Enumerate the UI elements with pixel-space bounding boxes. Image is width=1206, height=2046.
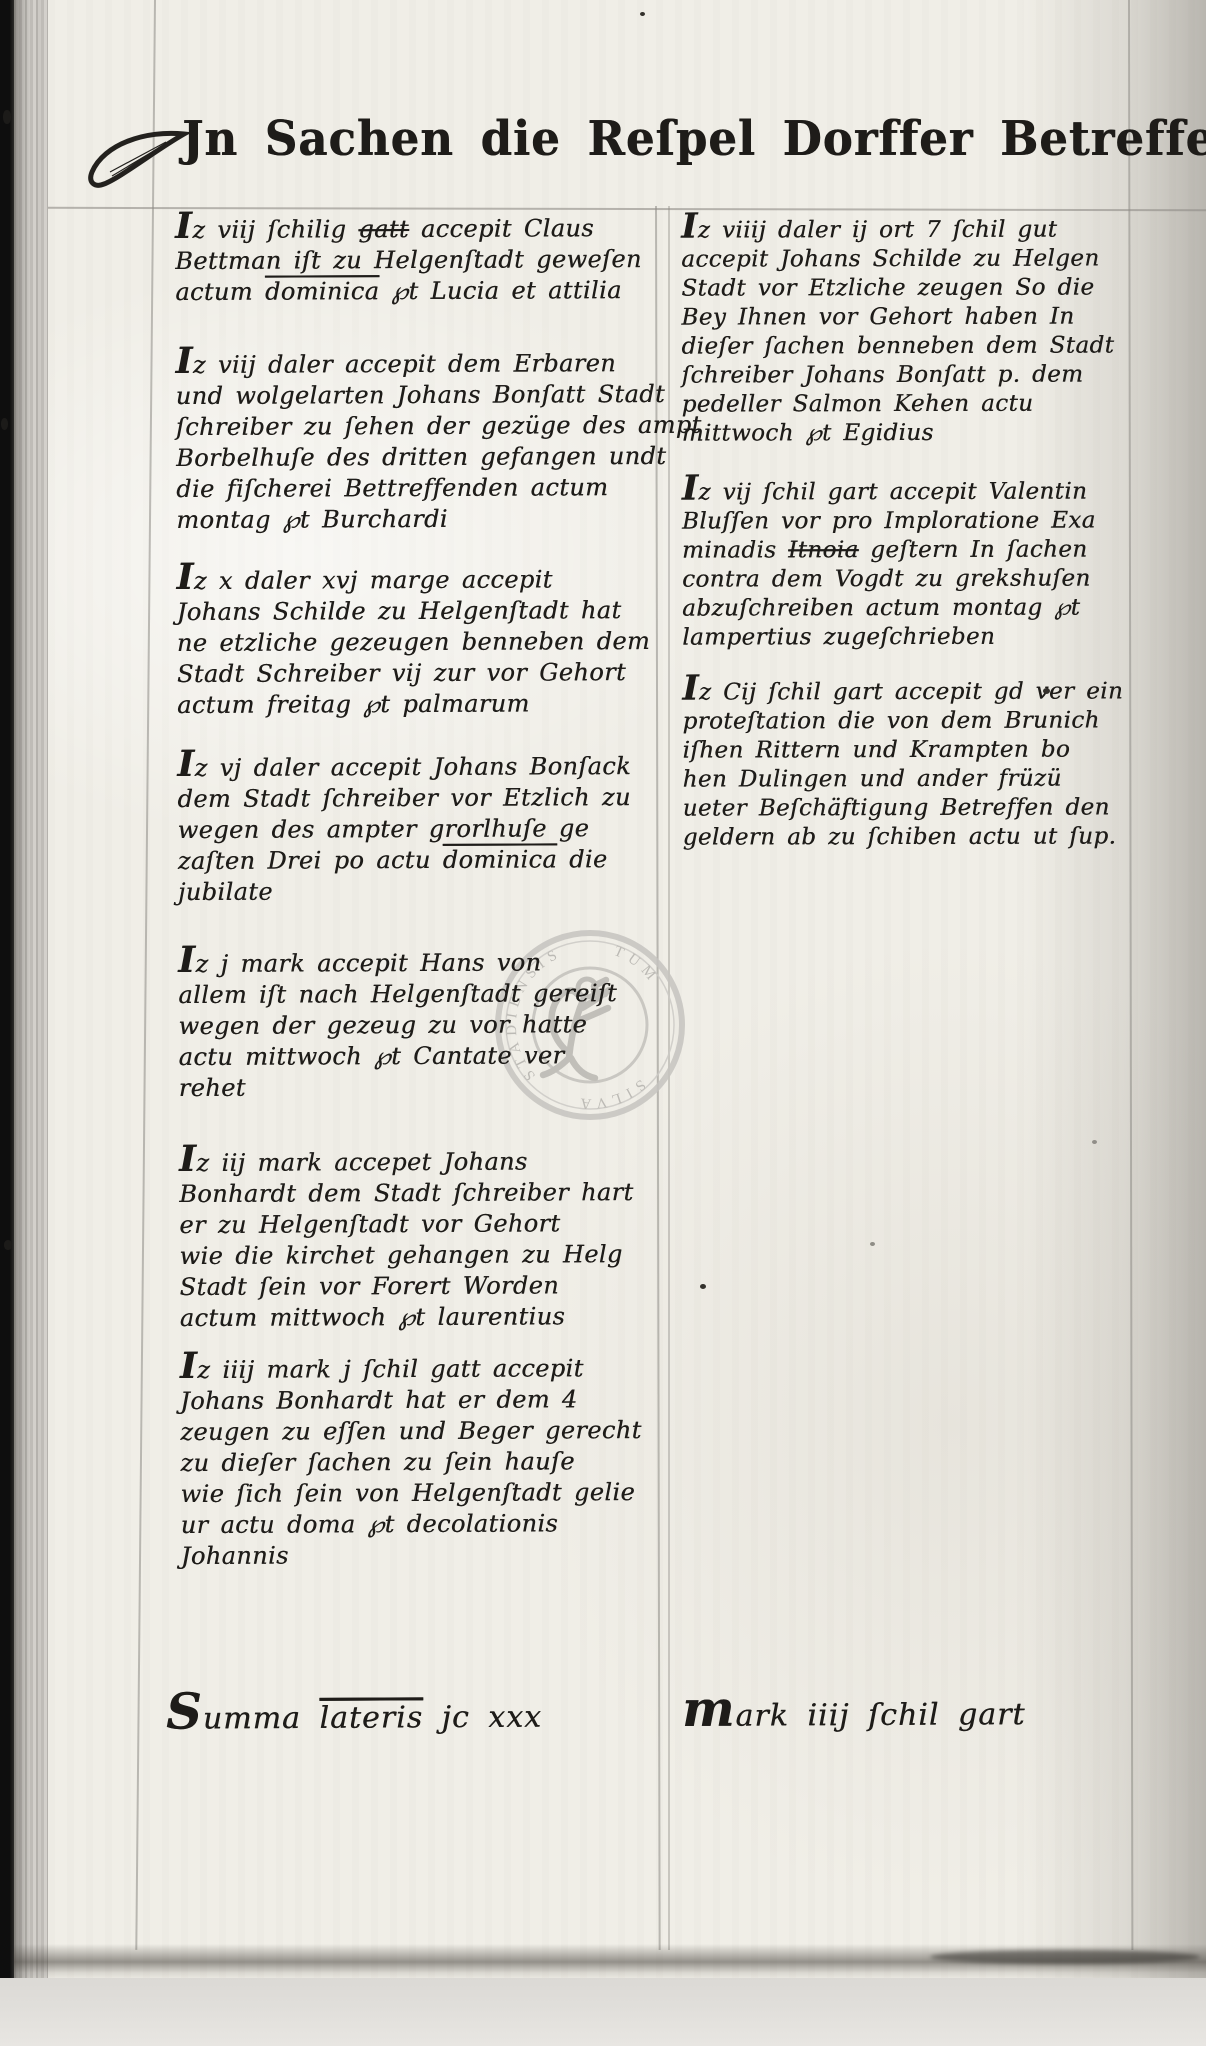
sum-right-text: mark iiij ſchil gart bbox=[682, 1678, 1026, 1738]
manuscript-line: rehet bbox=[179, 1071, 657, 1104]
stacked-page-edges bbox=[14, 0, 48, 1978]
manuscript-line: zaſten Drei po actu dominica die bbox=[178, 844, 656, 877]
manuscript-line: contra dem Vogdt zu grekshuſen bbox=[682, 564, 1142, 594]
manuscript-line: iſhen Rittern und Krampten bo bbox=[683, 735, 1143, 765]
ink-speck bbox=[870, 1242, 875, 1246]
manuscript-line: proteſtation die von dem Brunich bbox=[682, 706, 1142, 736]
ink-speck bbox=[700, 1284, 706, 1289]
manuscript-line: zu dieſer ſachen zu ſein hauſe bbox=[180, 1446, 658, 1479]
ink-speck bbox=[1043, 688, 1050, 694]
manuscript-line: und wolgelarten Johans Bonſatt Stadt bbox=[176, 379, 654, 412]
manuscript-entry: Iz viiij daler ij ort 7 ſchil gutaccepit… bbox=[681, 211, 1142, 448]
manuscript-line: Bluſſen vor pro Imploratione Exa bbox=[682, 506, 1142, 536]
manuscript-entry: Iz x daler xvj marge accepitJohans Schil… bbox=[176, 560, 655, 721]
manuscript-line: Stadt vor Etzliche zeugen So die bbox=[681, 273, 1141, 303]
scanner-background-strip bbox=[0, 1978, 1206, 2046]
manuscript-line: ur actu doma ℘t decolationis bbox=[181, 1508, 659, 1541]
manuscript-line: allem iſt nach Helgenſtadt gereiſt bbox=[178, 978, 656, 1011]
manuscript-entry: Iz viij daler accepit dem Erbarenund wol… bbox=[176, 344, 655, 536]
ink-speck bbox=[640, 12, 645, 16]
binding-ink-mark bbox=[1, 418, 8, 430]
manuscript-line: die fiſcherei Bettreffenden actum bbox=[176, 472, 654, 505]
manuscript-line: wegen des ampter grorlhuſe ge bbox=[178, 813, 656, 846]
manuscript-line: Bettman iſt zu Helgenſtadt geweſen bbox=[175, 244, 653, 277]
manuscript-line: Iz vij ſchil gart accepit Valentin bbox=[682, 473, 1142, 507]
manuscript-line: ſchreiber zu ſehen der gezüge des ampt bbox=[176, 410, 654, 443]
page-sum-line: Summa lateris jc xxx mark iiij ſchil gar… bbox=[166, 1677, 1186, 1740]
manuscript-line: Stadt ſein vor Forert Worden bbox=[180, 1270, 658, 1303]
manuscript-entry: Iz iiij mark j ſchil gatt accepitJohans … bbox=[180, 1349, 659, 1572]
manuscript-line: Iz Cij ſchil gart accepit gd ver ein bbox=[682, 673, 1142, 707]
manuscript-line: minadis Itnoia geſtern In ſachen bbox=[682, 535, 1142, 565]
manuscript-line: Iz iiij mark j ſchil gatt accepit bbox=[180, 1349, 658, 1386]
manuscript-line: ne etzliche gezeugen benneben dem bbox=[177, 626, 655, 659]
ink-speck bbox=[1092, 1140, 1097, 1144]
manuscript-line: Johans Schilde zu Helgenſtadt hat bbox=[177, 595, 655, 628]
manuscript-line: actu mittwoch ℘t Cantate ver bbox=[179, 1040, 657, 1073]
manuscript-line: Iz iij mark accepet Johans bbox=[179, 1142, 657, 1179]
text-column-left: Iz viij ſchilig gatt accepit ClausBettma… bbox=[175, 209, 659, 1610]
manuscript-line: Borbelhuſe des dritten gefangen undt bbox=[176, 441, 654, 474]
manuscript-line: mittwoch ℘t Egidius bbox=[682, 418, 1142, 448]
manuscript-line: ſchreiber Johans Bonſatt p. dem bbox=[682, 360, 1142, 390]
manuscript-scan: Jn Sachen die Reſpel Dorffer Betreffende… bbox=[0, 0, 1206, 2046]
manuscript-line: ueter Beſchäftigung Betreffen den bbox=[683, 793, 1143, 823]
page-heading: Jn Sachen die Reſpel Dorffer Betreffende bbox=[182, 110, 1192, 166]
manuscript-line: Iz viij ſchilig gatt accepit Claus bbox=[175, 209, 653, 246]
manuscript-line: pedeller Salmon Kehen actu bbox=[682, 389, 1142, 419]
manuscript-line: Iz viij daler accepit dem Erbaren bbox=[176, 344, 654, 381]
manuscript-line: dem Stadt ſchreiber vor Etzlich zu bbox=[177, 782, 655, 815]
left-margin-rule bbox=[135, 0, 156, 1950]
manuscript-line: actum mittwoch ℘t laurentius bbox=[180, 1301, 658, 1334]
manuscript-entry: Iz j mark accepit Hans vonallem iſt nach… bbox=[178, 943, 657, 1104]
manuscript-line: dieſer ſachen benneben dem Stadt bbox=[681, 331, 1141, 361]
manuscript-line: Iz viiij daler ij ort 7 ſchil gut bbox=[681, 211, 1141, 245]
binding-ink-mark bbox=[4, 1240, 12, 1250]
manuscript-line: jubilate bbox=[178, 875, 656, 908]
text-column-right: Iz viiij daler ij ort 7 ſchil gutaccepit… bbox=[681, 211, 1143, 878]
manuscript-line: abzuſchreiben actum montag ℘t bbox=[682, 593, 1142, 623]
manuscript-entry: Iz vij ſchil gart accepit ValentinBluſſe… bbox=[682, 473, 1142, 652]
manuscript-line: wie die kirchet gehangen zu Helg bbox=[179, 1239, 657, 1272]
manuscript-line: geldern ab zu ſchiben actu ut ſup. bbox=[683, 822, 1143, 852]
manuscript-line: Johannis bbox=[181, 1539, 659, 1572]
manuscript-line: Bey Ihnen vor Gehort haben In bbox=[681, 302, 1141, 332]
manuscript-line: hen Dulingen und ander früzü bbox=[683, 764, 1143, 794]
manuscript-line: accepit Johans Schilde zu Helgen bbox=[681, 244, 1141, 274]
manuscript-page: Jn Sachen die Reſpel Dorffer Betreffende… bbox=[48, 0, 1206, 1978]
manuscript-entry: Iz Cij ſchil gart accepit gd ver einprot… bbox=[682, 673, 1142, 852]
manuscript-line: montag ℘t Burchardi bbox=[176, 503, 654, 536]
manuscript-line: er zu Helgenſtadt vor Gehort bbox=[179, 1208, 657, 1241]
pen-flourish-icon bbox=[86, 128, 190, 208]
manuscript-line: lampertius zugeſchrieben bbox=[682, 622, 1142, 652]
manuscript-line: zeugen zu eſſen und Beger gerecht bbox=[180, 1415, 658, 1448]
binding-ink-mark bbox=[3, 110, 11, 124]
manuscript-entry: Iz iij mark accepet JohansBonhardt dem S… bbox=[179, 1142, 658, 1334]
page-bottom-edge-smudge bbox=[930, 1950, 1200, 1964]
manuscript-line: Iz x daler xvj marge accepit bbox=[176, 560, 654, 597]
manuscript-entry: Iz viij ſchilig gatt accepit ClausBettma… bbox=[175, 209, 653, 308]
manuscript-line: Iz vj daler accepit Johans Bonſack bbox=[177, 747, 655, 784]
book-binding-edge bbox=[0, 0, 14, 1978]
manuscript-line: Bonhardt dem Stadt ſchreiber hart bbox=[179, 1177, 657, 1210]
sum-left-text: Summa lateris jc xxx bbox=[166, 1680, 682, 1741]
manuscript-line: wie ſich ſein von Helgenſtadt gelie bbox=[180, 1477, 658, 1510]
manuscript-line: Iz j mark accepit Hans von bbox=[178, 943, 656, 980]
manuscript-line: actum dominica ℘t Lucia et attilia bbox=[175, 275, 653, 308]
manuscript-line: wegen der gezeug zu vor hatte bbox=[178, 1009, 656, 1042]
manuscript-line: actum freitag ℘t palmarum bbox=[177, 688, 655, 721]
manuscript-line: Stadt Schreiber vij zur vor Gehort bbox=[177, 657, 655, 690]
manuscript-line: Johans Bonhardt hat er dem 4 bbox=[180, 1384, 658, 1417]
manuscript-entry: Iz vj daler accepit Johans Bonſackdem St… bbox=[177, 747, 656, 908]
